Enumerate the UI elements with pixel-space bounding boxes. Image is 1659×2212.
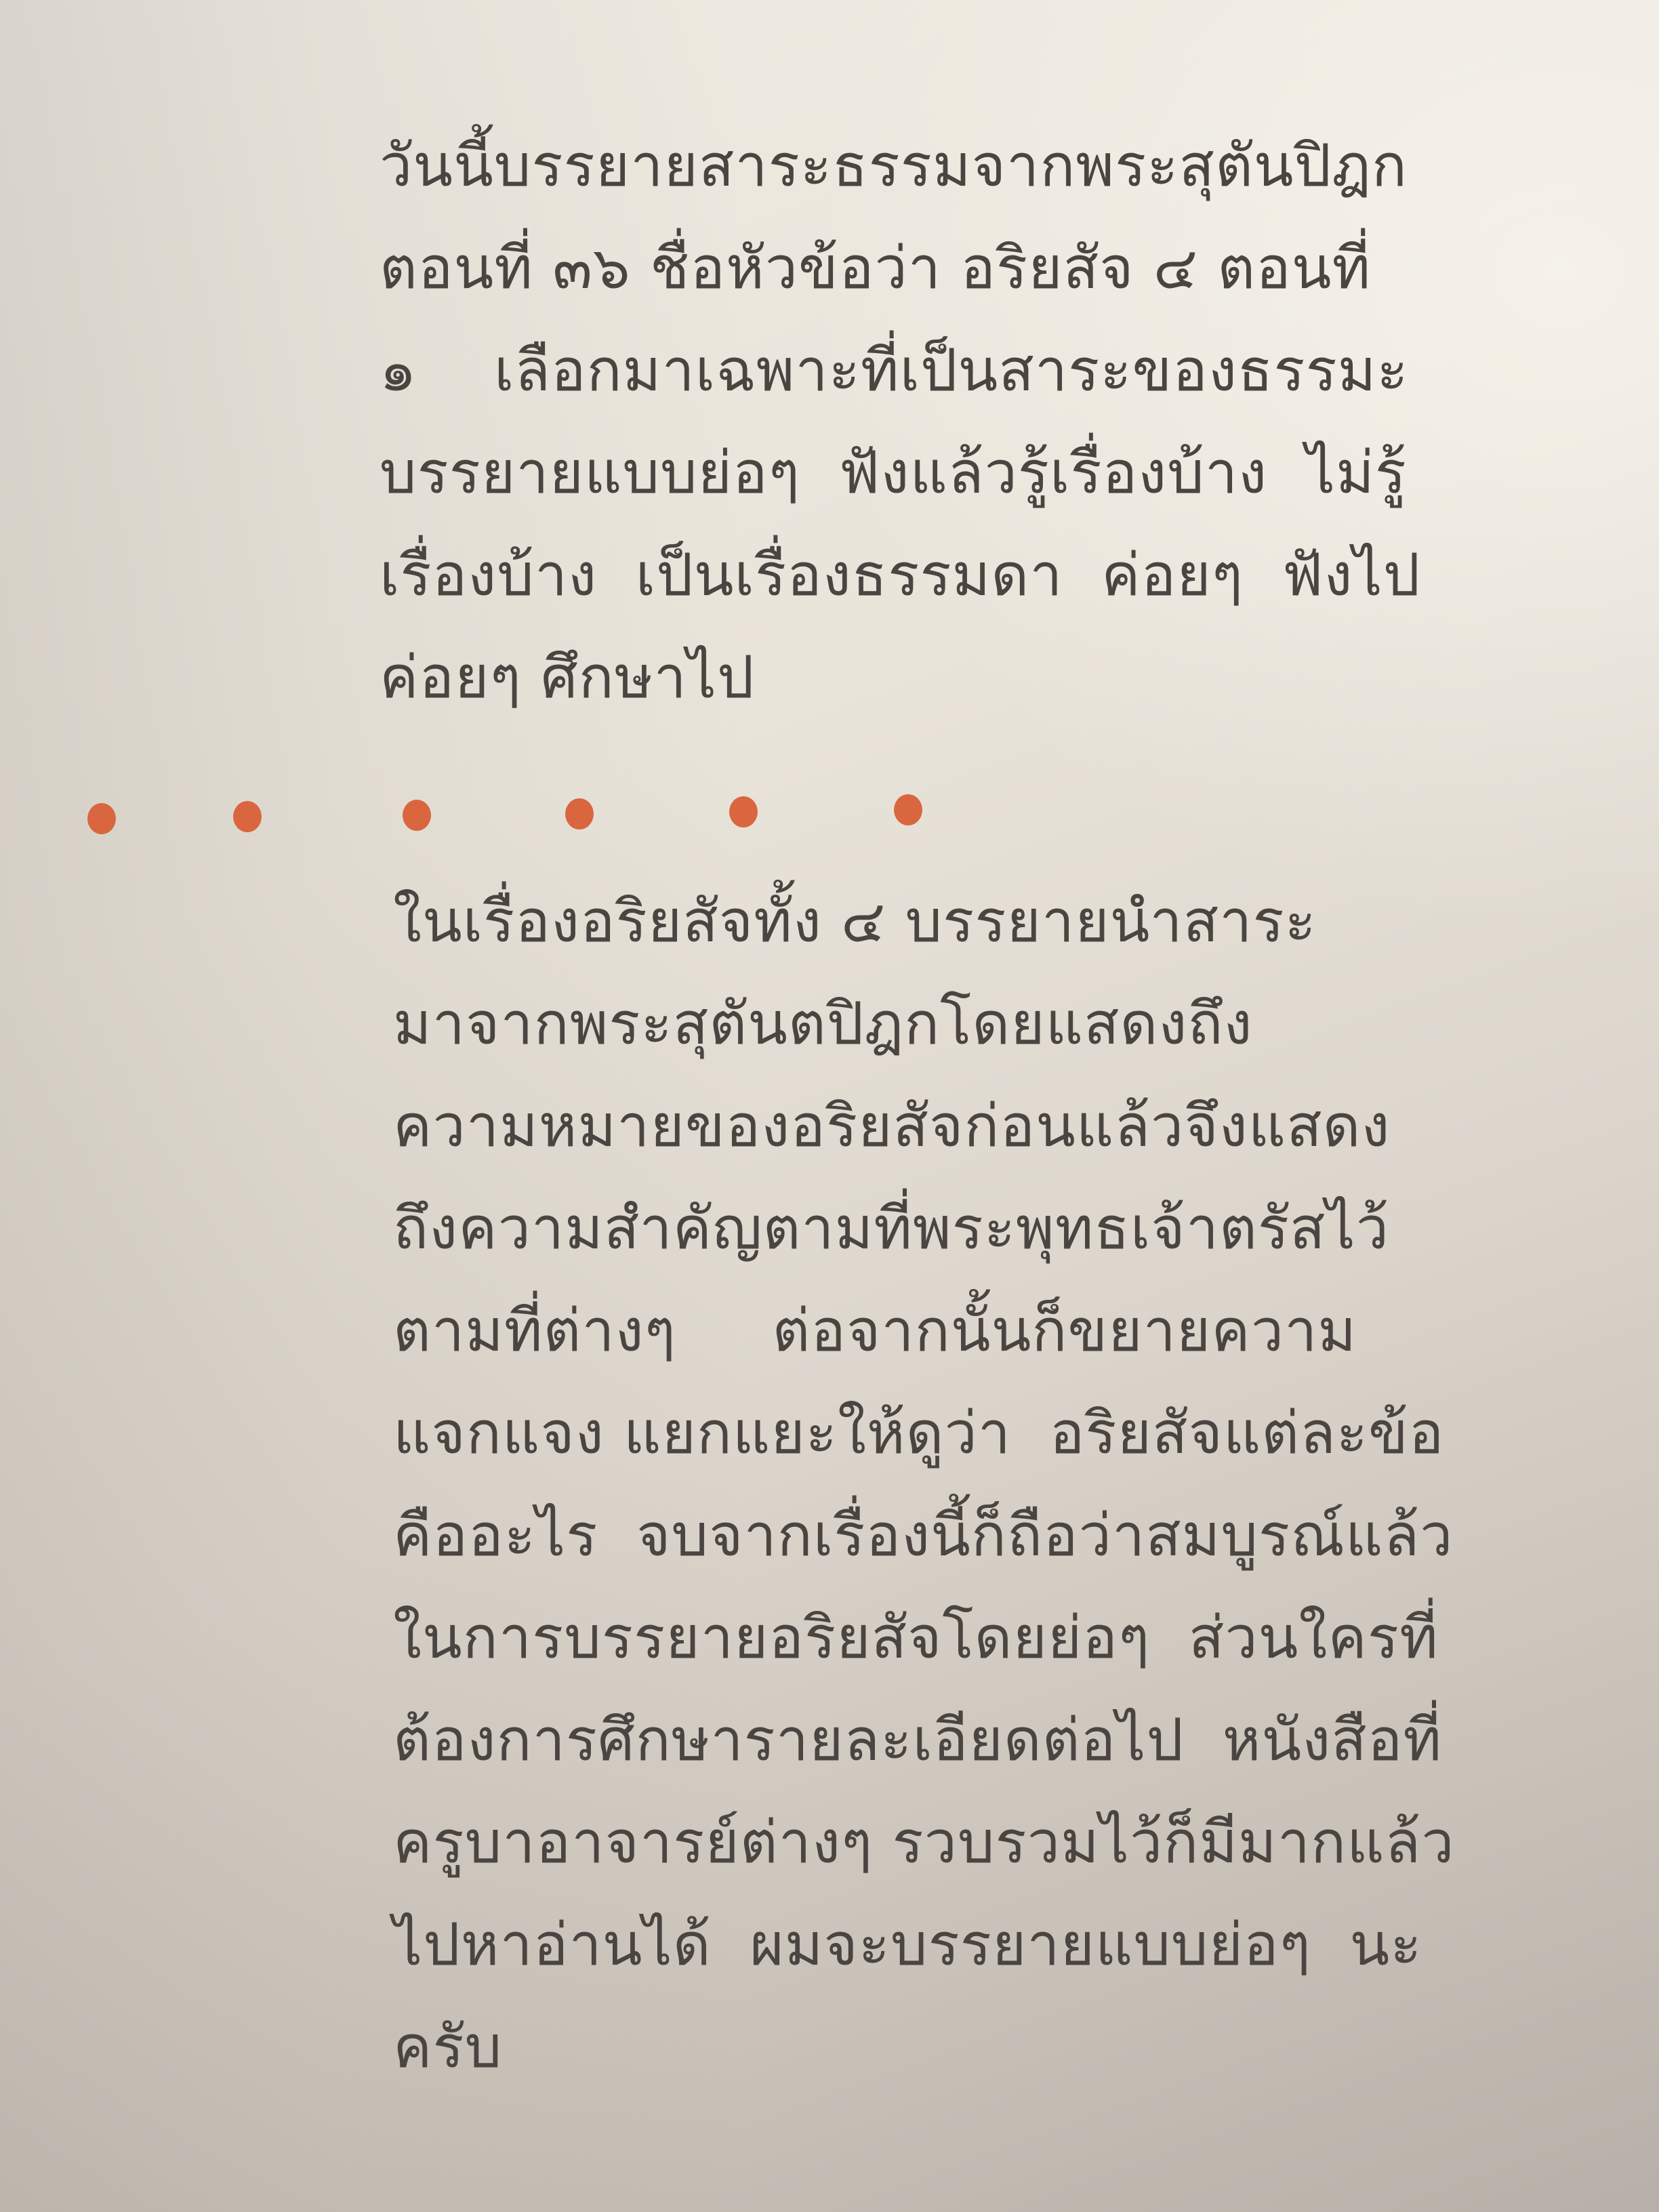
separator-dot-icon [87,803,116,834]
text-line: ไปหาอ่านได้ ผมจะบรรยายแบบย่อๆ นะ [393,1894,1342,1996]
separator-dot-icon [403,800,431,831]
separator-dot-icon [233,801,262,832]
text-line: ค่อยๆ ศึกษาไป [380,627,1328,729]
text-line: ในการบรรยายอริยสัจโดยย่อๆ ส่วนใครที่ [393,1587,1342,1689]
text-line: วันนี้บรรยายสาระธรรมจากพระสุตันปิฎก [380,115,1328,218]
text-line: เรื่องบ้าง เป็นเรื่องธรรมดา ค่อยๆ ฟังไป [380,525,1328,627]
text-line: คืออะไร จบจากเรื่องนี้ก็ถือว่าสมบูรณ์แล้… [393,1485,1342,1587]
separator-dot-icon [565,798,594,829]
paragraph-summary: ในเรื่องอริยสัจทั้ง ๔ บรรยายนำสาระ มาจาก… [393,871,1342,2099]
separator-dot-icon [729,796,758,827]
text-line: มาจากพระสุตันตปิฎกโดยแสดงถึง [393,973,1342,1076]
text-line: ตอนที่ ๓๖ ชื่อหัวข้อว่า อริยสัจ ๔ ตอนที่ [380,218,1328,320]
text-line: ครูบาอาจารย์ต่างๆ รวบรวมไว้ก็มีมากแล้ว [393,1792,1342,1894]
text-line: ในเรื่องอริยสัจทั้ง ๔ บรรยายนำสาระ [393,871,1342,973]
paragraph-intro: วันนี้บรรยายสาระธรรมจากพระสุตันปิฎก ตอนท… [380,115,1328,729]
text-line: บรรยายแบบย่อๆ ฟังแล้วรู้เรื่องบ้าง ไม่รู… [380,422,1328,525]
text-line: ถึงความสำคัญตามที่พระพุทธเจ้าตรัสไว้ [393,1178,1342,1280]
text-line: ครับ [393,1996,1342,2099]
separator-dot-icon [894,794,922,825]
text-line: ความหมายของอริยสัจก่อนแล้วจึงแสดง [393,1076,1342,1178]
text-line: ตามที่ต่างๆ ต่อจากนั้นก็ขยายความ [393,1280,1342,1382]
text-line: ๑ เลือกมาเฉพาะที่เป็นสาระของธรรมะ [380,320,1328,422]
text-line: แจกแจง แยกแยะให้ดูว่า อริยสัจแต่ละข้อ [393,1382,1342,1485]
text-line: ต้องการศึกษารายละเอียดต่อไป หนังสือที่ [393,1689,1342,1792]
